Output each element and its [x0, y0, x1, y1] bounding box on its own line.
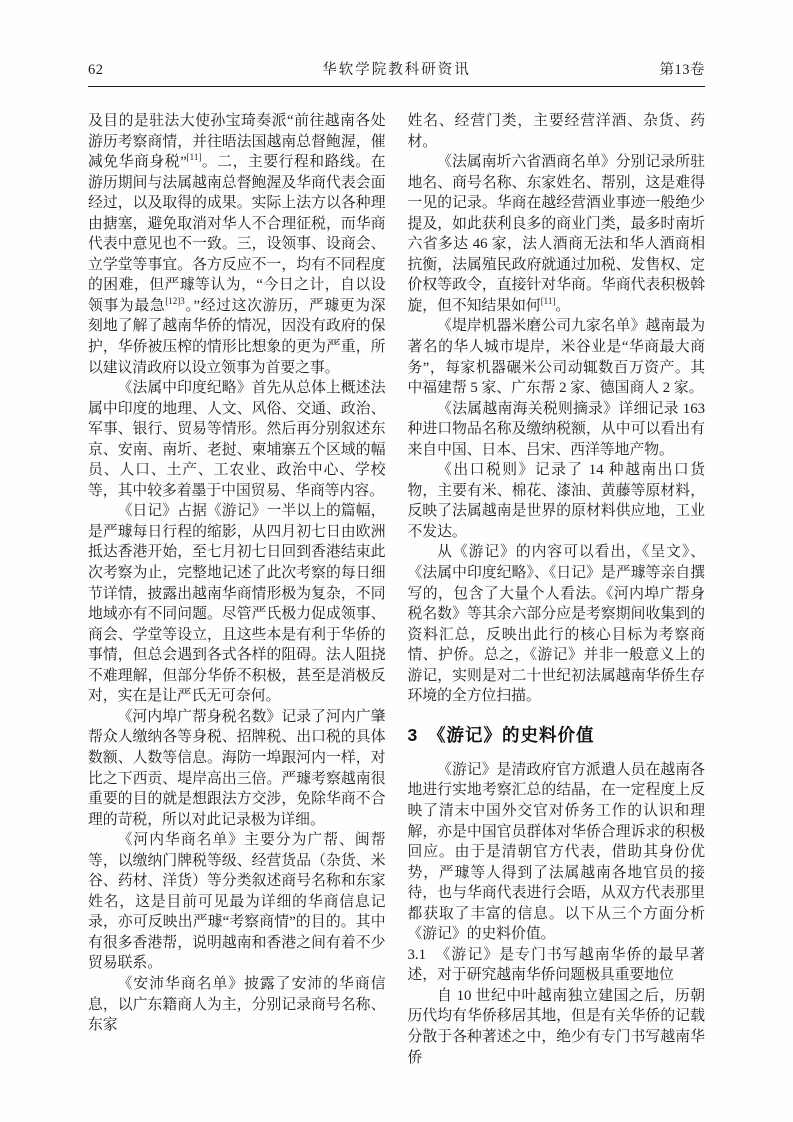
- paragraph: 《出口税则》记录了 14 种越南出口货物，主要有米、棉花、漆油、黄藤等原材料，反…: [408, 460, 706, 542]
- volume-label: 第13卷: [585, 58, 705, 79]
- paragraph: 《法属南圻六省酒商名单》分别记录所驻地名、商号名称、东家姓名、帮别，这是难得一见…: [408, 152, 706, 316]
- paragraph: 《法属中印度纪略》首先从总体上概述法属中印度的地理、人文、风俗、交通、政治、军事…: [88, 378, 386, 501]
- reference-superscript: [11]: [187, 152, 202, 162]
- paragraph: 《安沛华商名单》披露了安沛的华商信息，以广东籍商人为主，分别记录商号名称、东家: [88, 974, 386, 1036]
- paragraph: 姓名、经营门类，主要经营洋酒、杂货、药材。: [408, 111, 706, 152]
- document-page: 62 华软学院教科研资讯 第13卷 及目的是驻法大使孙宝琦奏派“前往越南各处游历…: [0, 0, 793, 1122]
- paragraph: 及目的是驻法大使孙宝琦奏派“前往越南各处游历考察商情，并往晤法国越南总督鲍渥，催…: [88, 111, 386, 378]
- paragraph: 《日记》占据《游记》一半以上的篇幅，是严璩每日行程的缩影，从四月初七日由欧洲抵达…: [88, 501, 386, 706]
- right-column: 姓名、经营门类，主要经营洋酒、杂货、药材。《法属南圻六省酒商名单》分别记录所驻地…: [408, 111, 706, 1068]
- paragraph: 《游记》是清政府官方派遣人员在越南各地进行实地考察汇总的结晶，在一定程度上反映了…: [408, 760, 706, 945]
- paragraph: 《河内华商名单》主要分为广帮、闽帮等，以缴纳门牌税等级、经营货品（杂货、米谷、药…: [88, 830, 386, 974]
- paragraph: 《河内埠广帮身税名数》记录了河内广肇帮众人缴纳各等身税、招牌税、出口税的具体数额…: [88, 707, 386, 830]
- journal-title: 华软学院教科研资讯: [208, 58, 585, 79]
- article-body: 及目的是驻法大使孙宝琦奏派“前往越南各处游历考察商情，并往晤法国越南总督鲍渥，催…: [88, 111, 705, 1068]
- subsection-heading: 3.1 《游记》是专门书写越南华侨的最早著述，对于研究越南华侨问题极具重要地位: [408, 945, 706, 986]
- section-heading: 3 《游记》的史料价值: [408, 722, 706, 747]
- page-number: 62: [88, 62, 208, 79]
- reference-superscript: [11]: [541, 296, 556, 306]
- left-column: 及目的是驻法大使孙宝琦奏派“前往越南各处游历考察商情，并往晤法国越南总督鲍渥，催…: [88, 111, 386, 1068]
- paragraph: 自 10 世纪中叶越南独立建国之后，历朝历代均有华侨移居其地，但是有关华侨的记载…: [408, 986, 706, 1068]
- paragraph: 从《游记》的内容可以看出，《呈文》、《法属中印度纪略》、《日记》是严璩等亲自撰写…: [408, 542, 706, 706]
- page-header: 62 华软学院教科研资讯 第13卷: [88, 58, 705, 87]
- reference-superscript: [12]3: [165, 296, 185, 306]
- paragraph: 《堤岸机器米磨公司九家名单》越南最为著名的华人城市堤岸，米谷业是“华商最大商务”…: [408, 316, 706, 398]
- paragraph: 《法属越南海关税则摘录》详细记录 163 种进口物品名称及缴纳税额，从中可以看出…: [408, 399, 706, 461]
